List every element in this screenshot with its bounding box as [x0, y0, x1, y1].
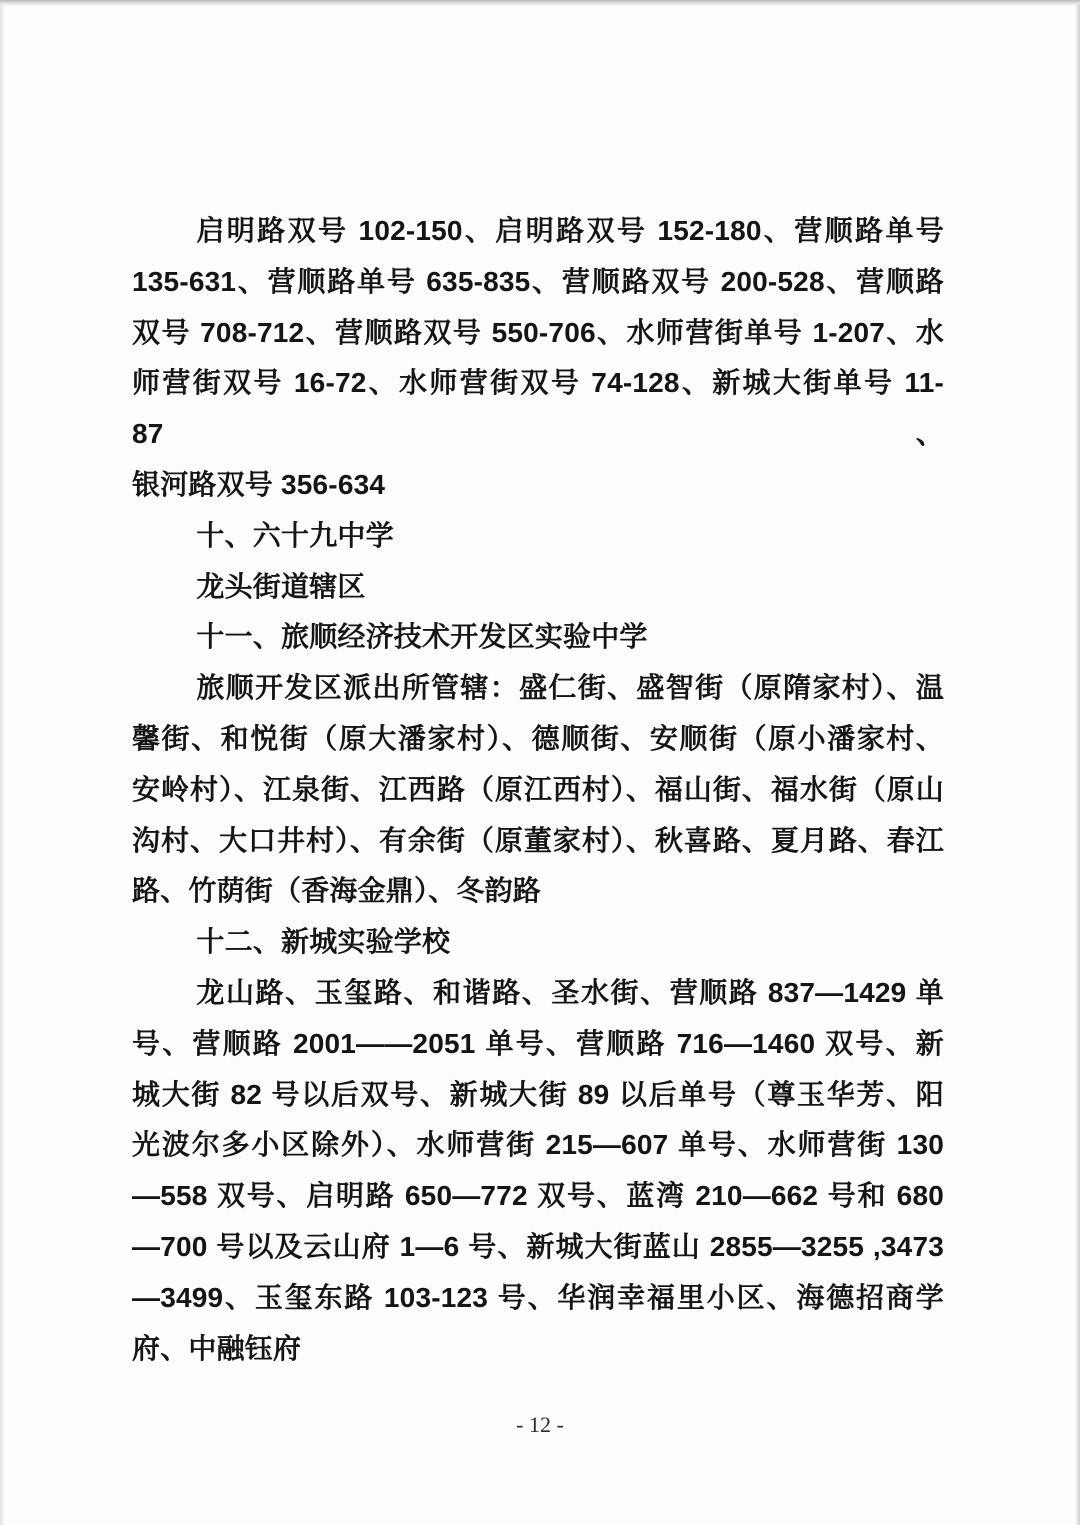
text-line: 府、中融钰府	[132, 1324, 944, 1375]
text-line: 路、竹荫街（香海金鼎）、冬韵路	[132, 866, 944, 917]
page-left-edge-shadow	[0, 4, 5, 1525]
text-line: 号、营顺路 2001——2051 单号、营顺路 716—1460 双号、新	[132, 1019, 944, 1070]
page-top-edge-shadow	[0, 0, 1080, 6]
text-line: 光波尔多小区除外）、水师营街 215—607 单号、水师营街 130	[132, 1120, 944, 1171]
text-line: 沟村、大口井村）、有余街（原董家村）、秋喜路、夏月路、春江	[132, 816, 944, 867]
text-line: 安岭村）、江泉街、江西路（原江西村）、福山街、福水街（原山	[132, 765, 944, 816]
text-line: 师营街双号 16-72、水师营街双号 74-128、新城大街单号 11-87、	[132, 358, 944, 460]
text-line: 龙头街道辖区	[132, 562, 944, 613]
text-line: —3499、玉玺东路 103-123 号、华润幸福里小区、海德招商学	[132, 1273, 944, 1324]
section-heading: 十二、新城实验学校	[132, 917, 944, 968]
text-line: 启明路双号 102-150、启明路双号 152-180、营顺路单号	[132, 206, 944, 257]
page-number: - 12 -	[0, 1412, 1080, 1438]
text-line: 双号 708-712、营顺路双号 550-706、水师营街单号 1-207、水	[132, 308, 944, 359]
document-page: 启明路双号 102-150、启明路双号 152-180、营顺路单号 135-63…	[0, 0, 1080, 1525]
text-line: 旅顺开发区派出所管辖：盛仁街、盛智街（原隋家村）、温	[132, 663, 944, 714]
page-right-edge-shadow	[1075, 4, 1080, 1525]
text-line: 银河路双号 356-634	[132, 460, 944, 511]
text-line: —700 号以及云山府 1—6 号、新城大街蓝山 2855—3255 ,3473	[132, 1222, 944, 1273]
text-line: —558 双号、启明路 650—772 双号、蓝湾 210—662 号和 680	[132, 1171, 944, 1222]
section-heading: 十一、旅顺经济技术开发区实验中学	[132, 612, 944, 663]
document-body: 启明路双号 102-150、启明路双号 152-180、营顺路单号 135-63…	[132, 206, 944, 1374]
section-heading: 十、六十九中学	[132, 511, 944, 562]
text-line: 馨街、和悦街（原大潘家村）、德顺街、安顺街（原小潘家村、	[132, 714, 944, 765]
text-line: 135-631、营顺路单号 635-835、营顺路双号 200-528、营顺路	[132, 257, 944, 308]
text-line: 城大街 82 号以后双号、新城大街 89 以后单号（尊玉华芳、阳	[132, 1070, 944, 1121]
text-line: 龙山路、玉玺路、和谐路、圣水街、营顺路 837—1429 单	[132, 968, 944, 1019]
